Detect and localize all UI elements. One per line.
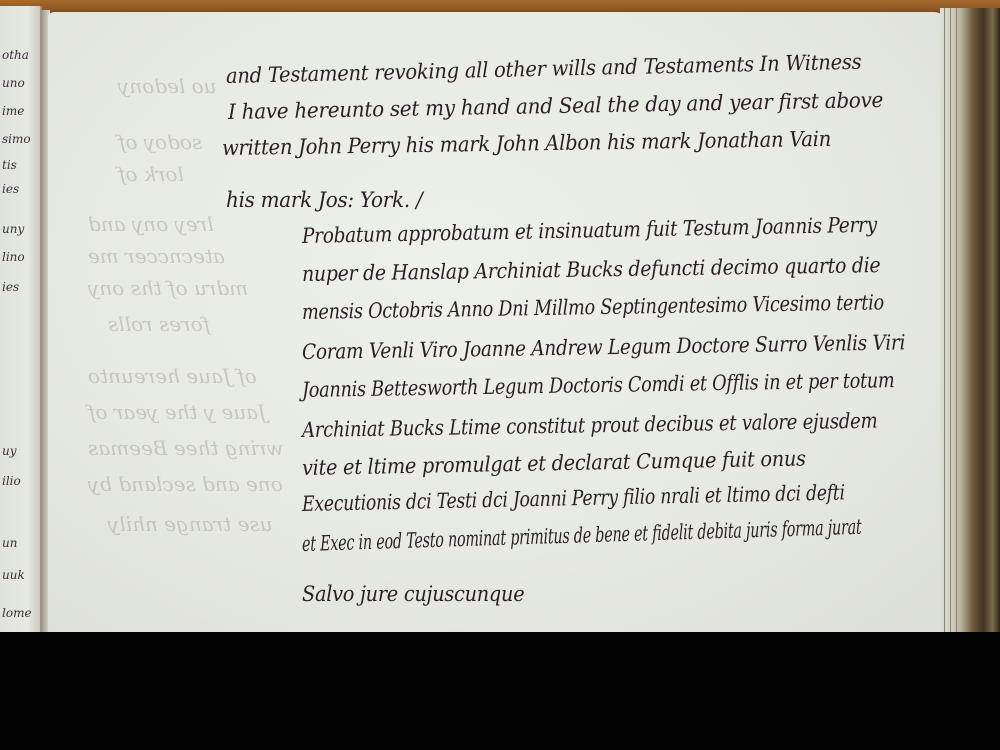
left-page-fragment: tis (2, 158, 17, 172)
bleed-through-text: wring thee Beemas (88, 436, 284, 460)
page-stack-edge (940, 8, 1000, 632)
bleed-through-text: fores rolls (108, 312, 210, 336)
left-page-fragment: ies (2, 182, 19, 196)
bleed-through-text: one and secland by (88, 472, 283, 496)
left-page-fragment: uuk (2, 568, 25, 582)
black-letterbox-band (0, 632, 1000, 750)
left-page-fragment: ilio (2, 474, 21, 488)
left-page-fragment: lino (2, 250, 25, 264)
left-page-fragment: uny (2, 222, 24, 236)
left-page-fragment: ime (2, 104, 24, 118)
left-page-fragment: simo (2, 132, 31, 146)
left-page-fragment: un (2, 536, 17, 550)
text-line: his mark Jos: York. / (226, 188, 422, 212)
left-page-fragment: lome (2, 606, 32, 620)
left-page-fragment: otha (2, 48, 29, 62)
bleed-through-text: mdru of ths ony (88, 276, 248, 300)
bleed-through-text: uo ledony (118, 74, 217, 98)
left-page-fragment: uno (2, 76, 25, 90)
bleed-through-text: atecnccer me (88, 244, 225, 268)
bleed-through-text: use trange nhily (108, 512, 273, 536)
left-page-fragment: uy (2, 444, 17, 458)
bleed-through-text: lork of (118, 162, 184, 186)
bleed-through-text: lrey ony and (88, 212, 214, 236)
bleed-through-text: Jaue y the year of (88, 400, 266, 424)
left-page: otha uno ime simo tis ies uny lino ies u… (0, 6, 42, 632)
manuscript-photo: otha uno ime simo tis ies uny lino ies u… (0, 0, 1000, 632)
left-page-fragment: ies (2, 280, 19, 294)
text-line: Salvo jure cujuscunque (302, 582, 524, 606)
bleed-through-text: sodoy of (118, 130, 202, 154)
bleed-through-text: of Jaue hereunto (88, 364, 257, 388)
